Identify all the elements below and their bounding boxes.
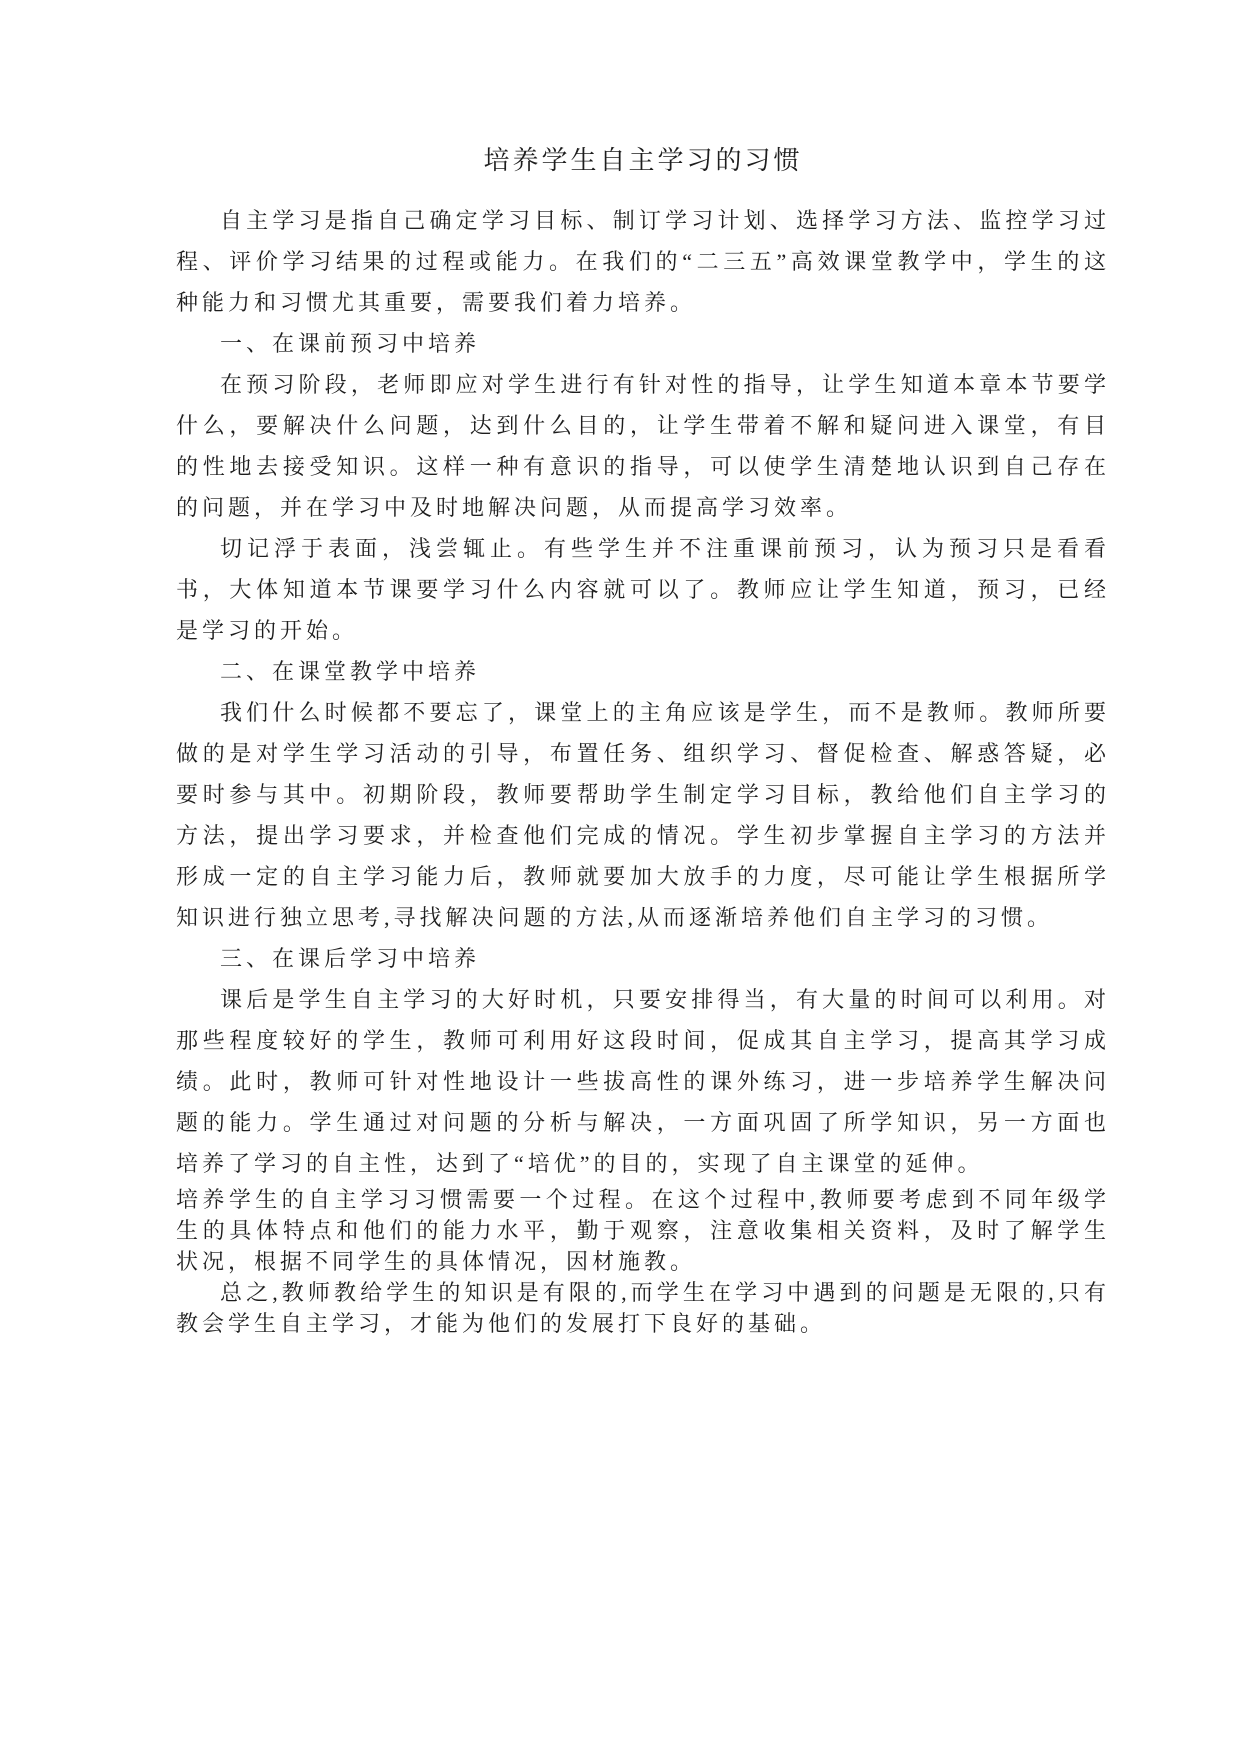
doc-title: 培养学生自主学习的习惯 bbox=[176, 136, 1110, 186]
section-2-paragraph: 我们什么时候都不要忘了，课堂上的主角应该是学生，而不是教师。教师所要做的是对学生… bbox=[176, 692, 1110, 938]
section-1-paragraph-1: 在预习阶段，老师即应对学生进行有针对性的指导，让学生知道本章本节要学什么，要解决… bbox=[176, 364, 1110, 528]
section-3-paragraph: 课后是学生自主学习的大好时机，只要安排得当，有大量的时间可以利用。对那些程度较好… bbox=[176, 979, 1110, 1184]
document-content: 培养学生自主学习的习惯 自主学习是指自己确定学习目标、制订学习计划、选择学习方法… bbox=[176, 136, 1110, 1339]
intro-paragraph: 自主学习是指自己确定学习目标、制订学习计划、选择学习方法、监控学习过程、评价学习… bbox=[176, 200, 1110, 323]
conclusion-paragraph: 总之,教师教给学生的知识是有限的,而学生在学习中遇到的问题是无限的,只有教会学生… bbox=[176, 1277, 1110, 1339]
closing-process-paragraph: 培养学生的自主学习习惯需要一个过程。在这个过程中,教师要考虑到不同年级学生的具体… bbox=[176, 1184, 1110, 1277]
section-2-heading: 二、在课堂教学中培养 bbox=[176, 651, 1110, 692]
section-3-heading: 三、在课后学习中培养 bbox=[176, 938, 1110, 979]
section-1-paragraph-2: 切记浮于表面，浅尝辄止。有些学生并不注重课前预习，认为预习只是看看书，大体知道本… bbox=[176, 528, 1110, 651]
section-1-heading: 一、在课前预习中培养 bbox=[176, 323, 1110, 364]
document-page: 培养学生自主学习的习惯 自主学习是指自己确定学习目标、制订学习计划、选择学习方法… bbox=[0, 0, 1241, 1754]
